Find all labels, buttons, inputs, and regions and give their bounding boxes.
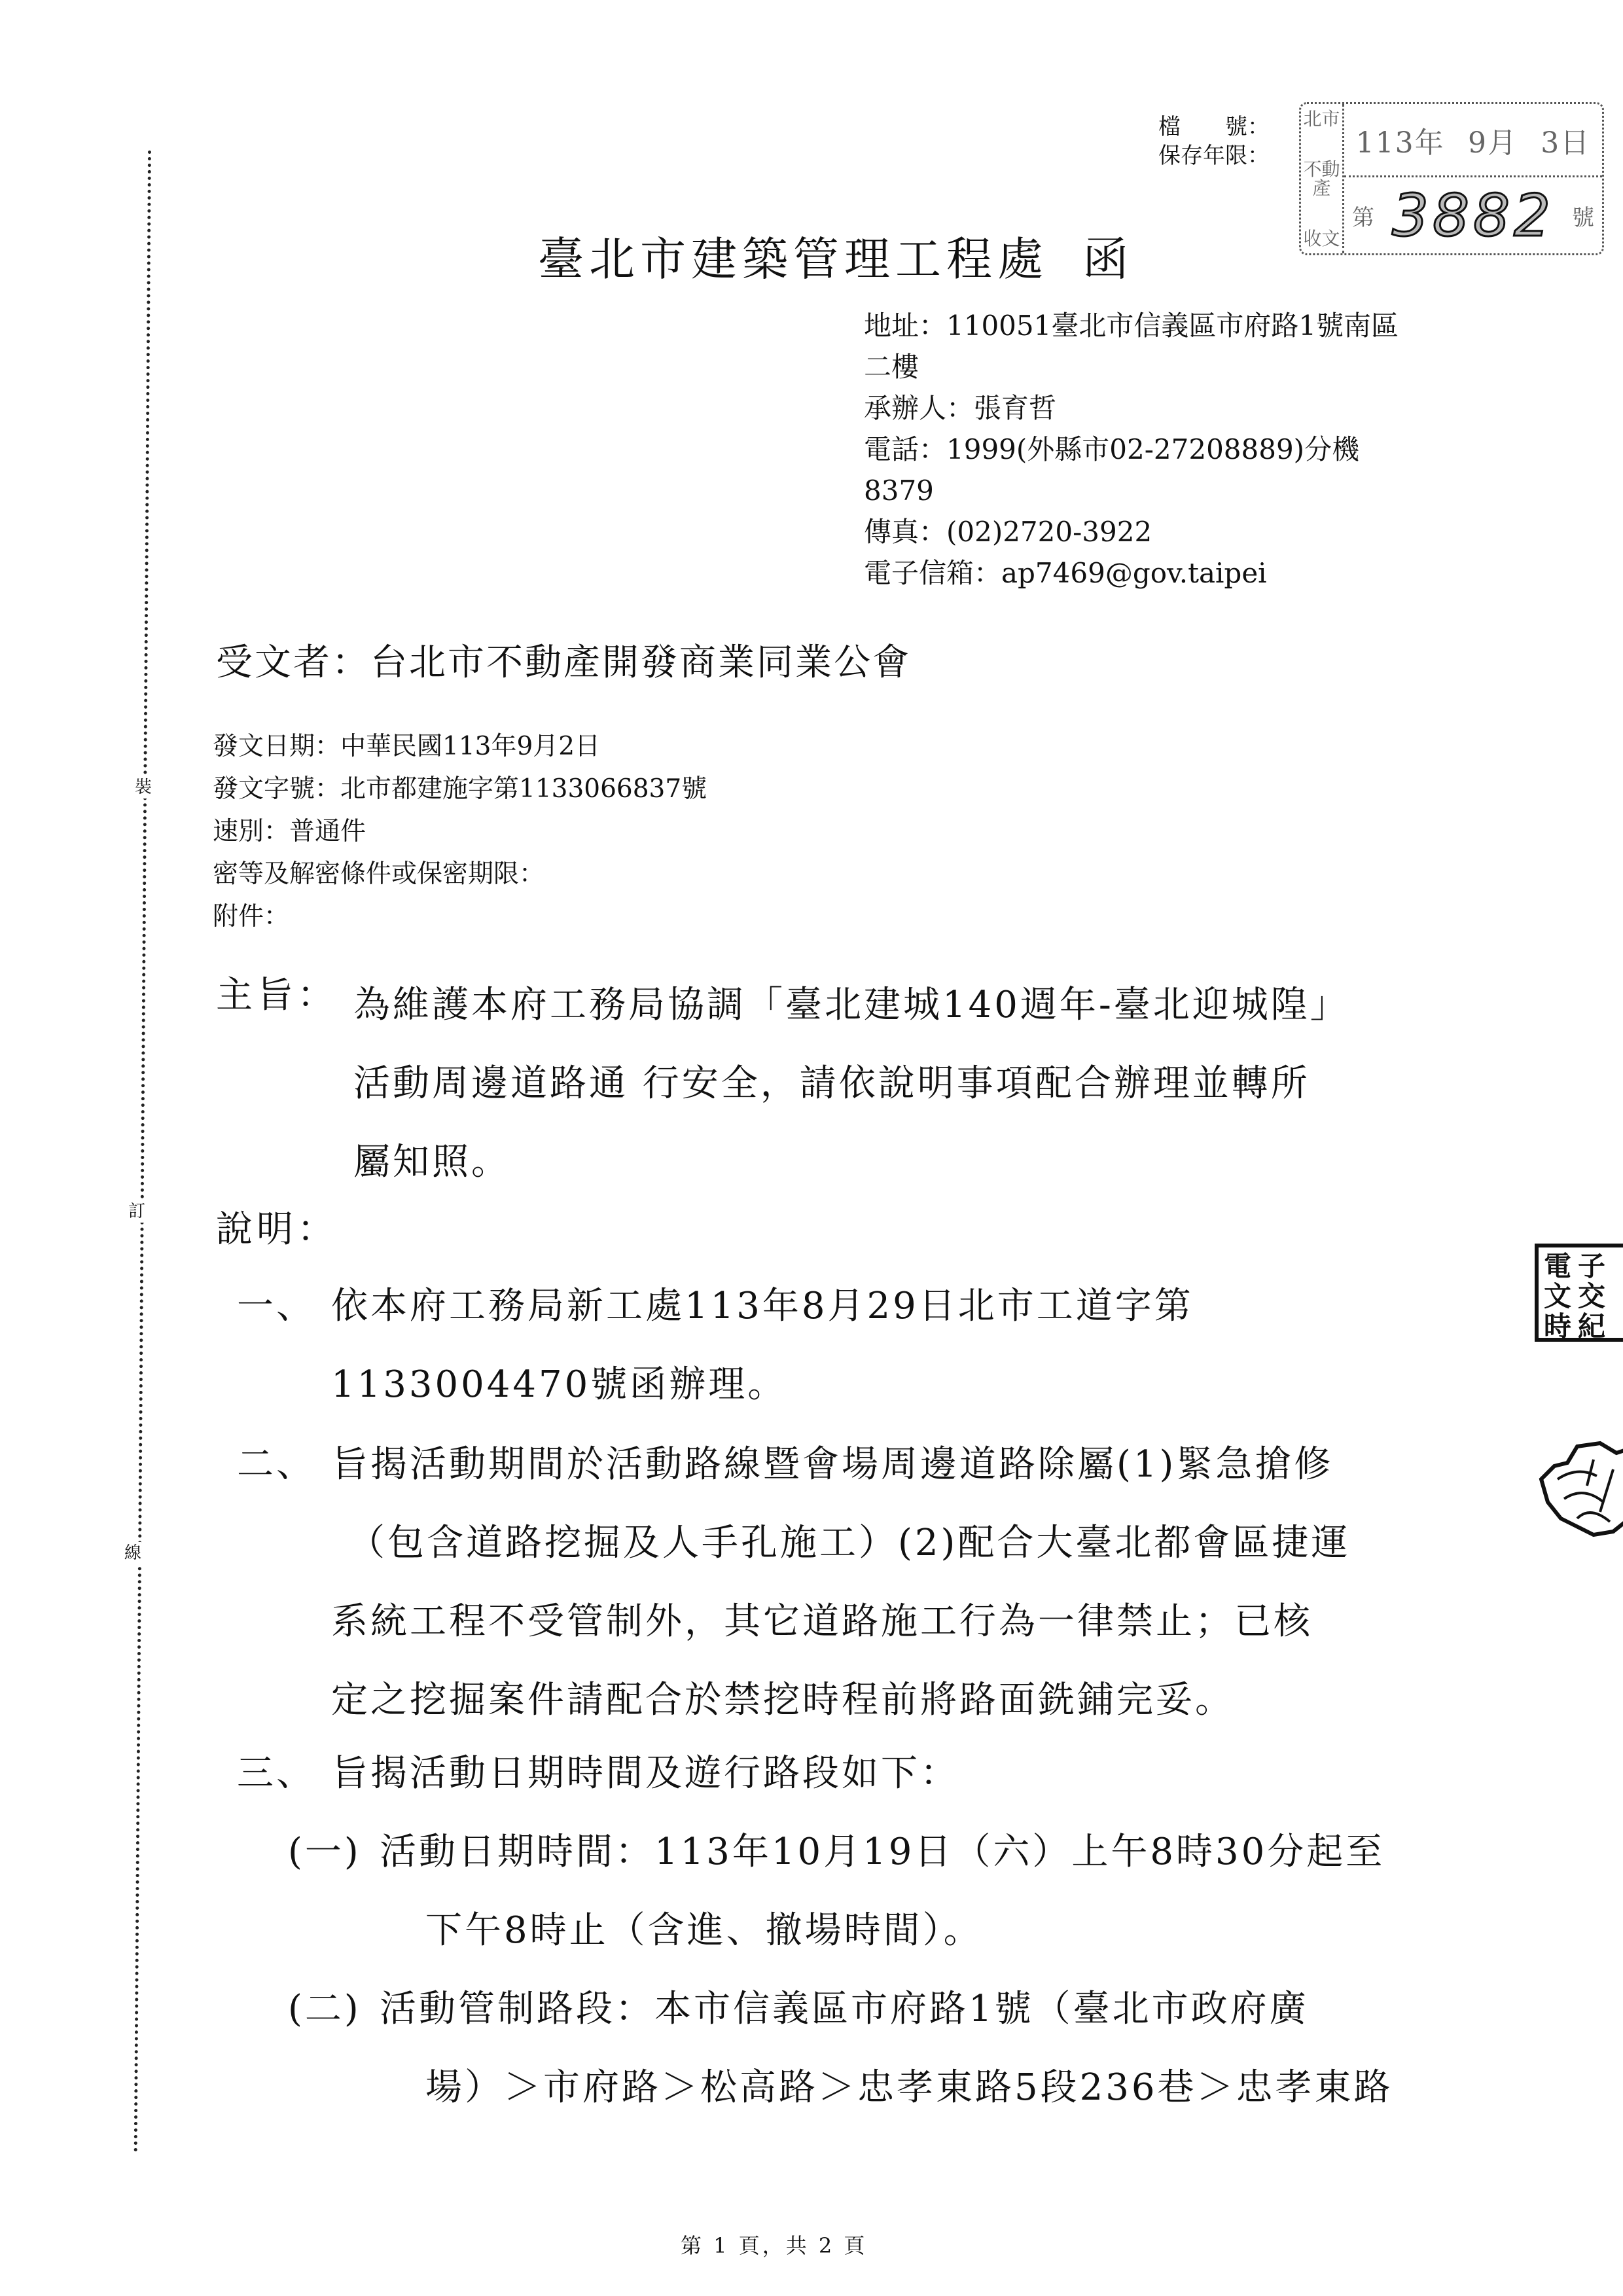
stamp-char: 紀	[1578, 1312, 1605, 1342]
file-number-label: 檔 號：	[1158, 113, 1270, 141]
stamp-org: 北市 不動產 收文	[1301, 104, 1344, 253]
explanation-item-2: 二、 旨揭活動期間於活動路線暨會場周邊道路除屬(1)緊急搶修 （包含道路挖掘及人…	[237, 1426, 1350, 1740]
subject-line: 屬知照。	[353, 1123, 1440, 1202]
binding-label-ding: 訂	[128, 1200, 145, 1223]
subitem-line: 下午8時止（含進、撤場時間）。	[380, 1892, 1385, 1970]
subject-body: 為維護本府工務局協調「臺北建城140週年-臺北迎城隍」 活動周邊道路通 行安全，…	[353, 966, 1440, 1202]
stamp-char: 子	[1578, 1251, 1605, 1282]
subitem-line: 活動日期時間：113年10月19日（六）上午8時30分起至	[380, 1813, 1385, 1892]
electronic-exchange-stamp: 電 文 時 子 交 紀	[1535, 1244, 1623, 1342]
stamp-number-suffix: 號	[1572, 200, 1594, 232]
item-line: 依本府工務局新工處113年8月29日北市工道字第	[331, 1267, 1194, 1346]
contact-phone-ext: 8379	[864, 470, 1505, 511]
subitem-line: 場）＞市府路＞松高路＞忠孝東路5段236巷＞忠孝東路	[380, 2049, 1393, 2127]
stamp-org-line: 不動產	[1301, 160, 1342, 198]
subject-line: 為維護本府工務局協調「臺北建城140週年-臺北迎城隍」	[353, 966, 1440, 1045]
item-line: 系統工程不受管制外，其它道路施工行為一律禁止；已核	[331, 1583, 1350, 1661]
stamp-year: 113	[1356, 126, 1415, 160]
contact-block: 地址：110051臺北市信義區市府路1號南區 二樓 承辦人：張育哲 電話：199…	[864, 305, 1505, 594]
recipient: 受文者：台北市不動產開發商業同業公會	[216, 634, 911, 686]
item-line: 1133004470號函辦理。	[331, 1346, 1194, 1424]
stamp-number: 第 3882 號	[1344, 177, 1602, 253]
explanation-item-1: 一、 依本府工務局新工處113年8月29日北市工道字第 1133004470號函…	[237, 1267, 1194, 1424]
item-line: 定之挖掘案件請配合於禁挖時程前將路面銑鋪完妥。	[331, 1661, 1350, 1740]
contact-fax: 傳真：(02)2720-3922	[864, 511, 1505, 552]
binding-dotted-line	[134, 151, 151, 2153]
retention-period-label: 保存年限：	[1158, 141, 1270, 170]
explanation-subitem-2: (二) 活動管制路段：本市信義區市府路1號（臺北市政府廣 場）＞市府路＞松高路＞…	[288, 1970, 1393, 2127]
agency-title: 臺北市建築管理工程處 函	[538, 223, 1133, 289]
item-line: 旨揭活動期間於活動路線暨會場周邊道路除屬(1)緊急搶修	[331, 1426, 1350, 1504]
stamp-char: 交	[1578, 1282, 1605, 1312]
item-line: 旨揭活動日期時間及遊行路段如下：	[331, 1734, 959, 1813]
contact-email: 電子信箱：ap7469@gov.taipei	[864, 552, 1505, 594]
issue-date: 發文日期：中華民國113年9月2日	[213, 725, 707, 768]
file-meta: 檔 號： 保存年限：	[1158, 113, 1270, 170]
explanation-label: 說明：	[216, 1200, 338, 1253]
stamp-char: 時	[1544, 1312, 1571, 1342]
stamp-year-unit: 年	[1415, 126, 1445, 160]
attachments: 附件：	[213, 895, 707, 938]
subject-line: 活動周邊道路通 行安全，請依說明事項配合辦理並轉所	[353, 1045, 1440, 1123]
item-number: 三、	[237, 1734, 315, 1813]
contact-address: 地址：110051臺北市信義區市府路1號南區	[864, 305, 1505, 346]
classification: 密等及解密條件或保密期限：	[213, 853, 707, 895]
agency-name: 臺北市建築管理工程處	[538, 232, 1048, 286]
item-number: 二、	[237, 1426, 315, 1504]
subitem-number: (二)	[288, 1970, 361, 2049]
stamp-char: 文	[1544, 1282, 1571, 1312]
contact-phone: 電話：1999(外縣市02-27208889)分機	[864, 429, 1505, 470]
official-seal-icon	[1538, 1440, 1623, 1538]
page-number: 第 1 頁，共 2 頁	[681, 2229, 867, 2259]
doc-number: 發文字號：北市都建施字第1133066837號	[213, 768, 707, 810]
speed-class: 速別：普通件	[213, 810, 707, 853]
subitem-number: (一)	[288, 1813, 361, 1892]
explanation-subitem-1: (一) 活動日期時間：113年10月19日（六）上午8時30分起至 下午8時止（…	[288, 1813, 1385, 1970]
stamp-org-line: 收文	[1303, 229, 1340, 248]
stamp-char: 電	[1544, 1251, 1571, 1282]
document-meta: 發文日期：中華民國113年9月2日 發文字號：北市都建施字第1133066837…	[213, 725, 707, 938]
item-line: （包含道路挖掘及人手孔施工）(2)配合大臺北都會區捷運	[331, 1504, 1350, 1583]
stamp-month-unit: 月	[1488, 126, 1518, 160]
received-stamp: 北市 不動產 收文 113年 9月 3日 第 3882 號	[1299, 102, 1604, 255]
stamp-handwritten-number: 3882	[1392, 182, 1554, 249]
doc-type: 函	[1082, 232, 1133, 286]
binding-label-zhuang: 裝	[135, 776, 152, 798]
stamp-day: 3	[1541, 126, 1560, 160]
stamp-date: 113年 9月 3日	[1344, 104, 1602, 177]
item-number: 一、	[237, 1267, 315, 1346]
subitem-line: 活動管制路段：本市信義區市府路1號（臺北市政府廣	[380, 1970, 1393, 2049]
contact-address-cont: 二樓	[864, 346, 1505, 387]
stamp-month: 9	[1468, 126, 1488, 160]
stamp-org-line: 北市	[1303, 109, 1340, 128]
contact-handler: 承辦人：張育哲	[864, 387, 1505, 429]
binding-label-xian: 線	[124, 1542, 141, 1564]
stamp-number-prefix: 第	[1352, 200, 1374, 232]
subject-label: 主旨：	[216, 966, 338, 1018]
explanation-item-3: 三、 旨揭活動日期時間及遊行路段如下：	[237, 1734, 959, 1813]
stamp-day-unit: 日	[1560, 126, 1590, 160]
